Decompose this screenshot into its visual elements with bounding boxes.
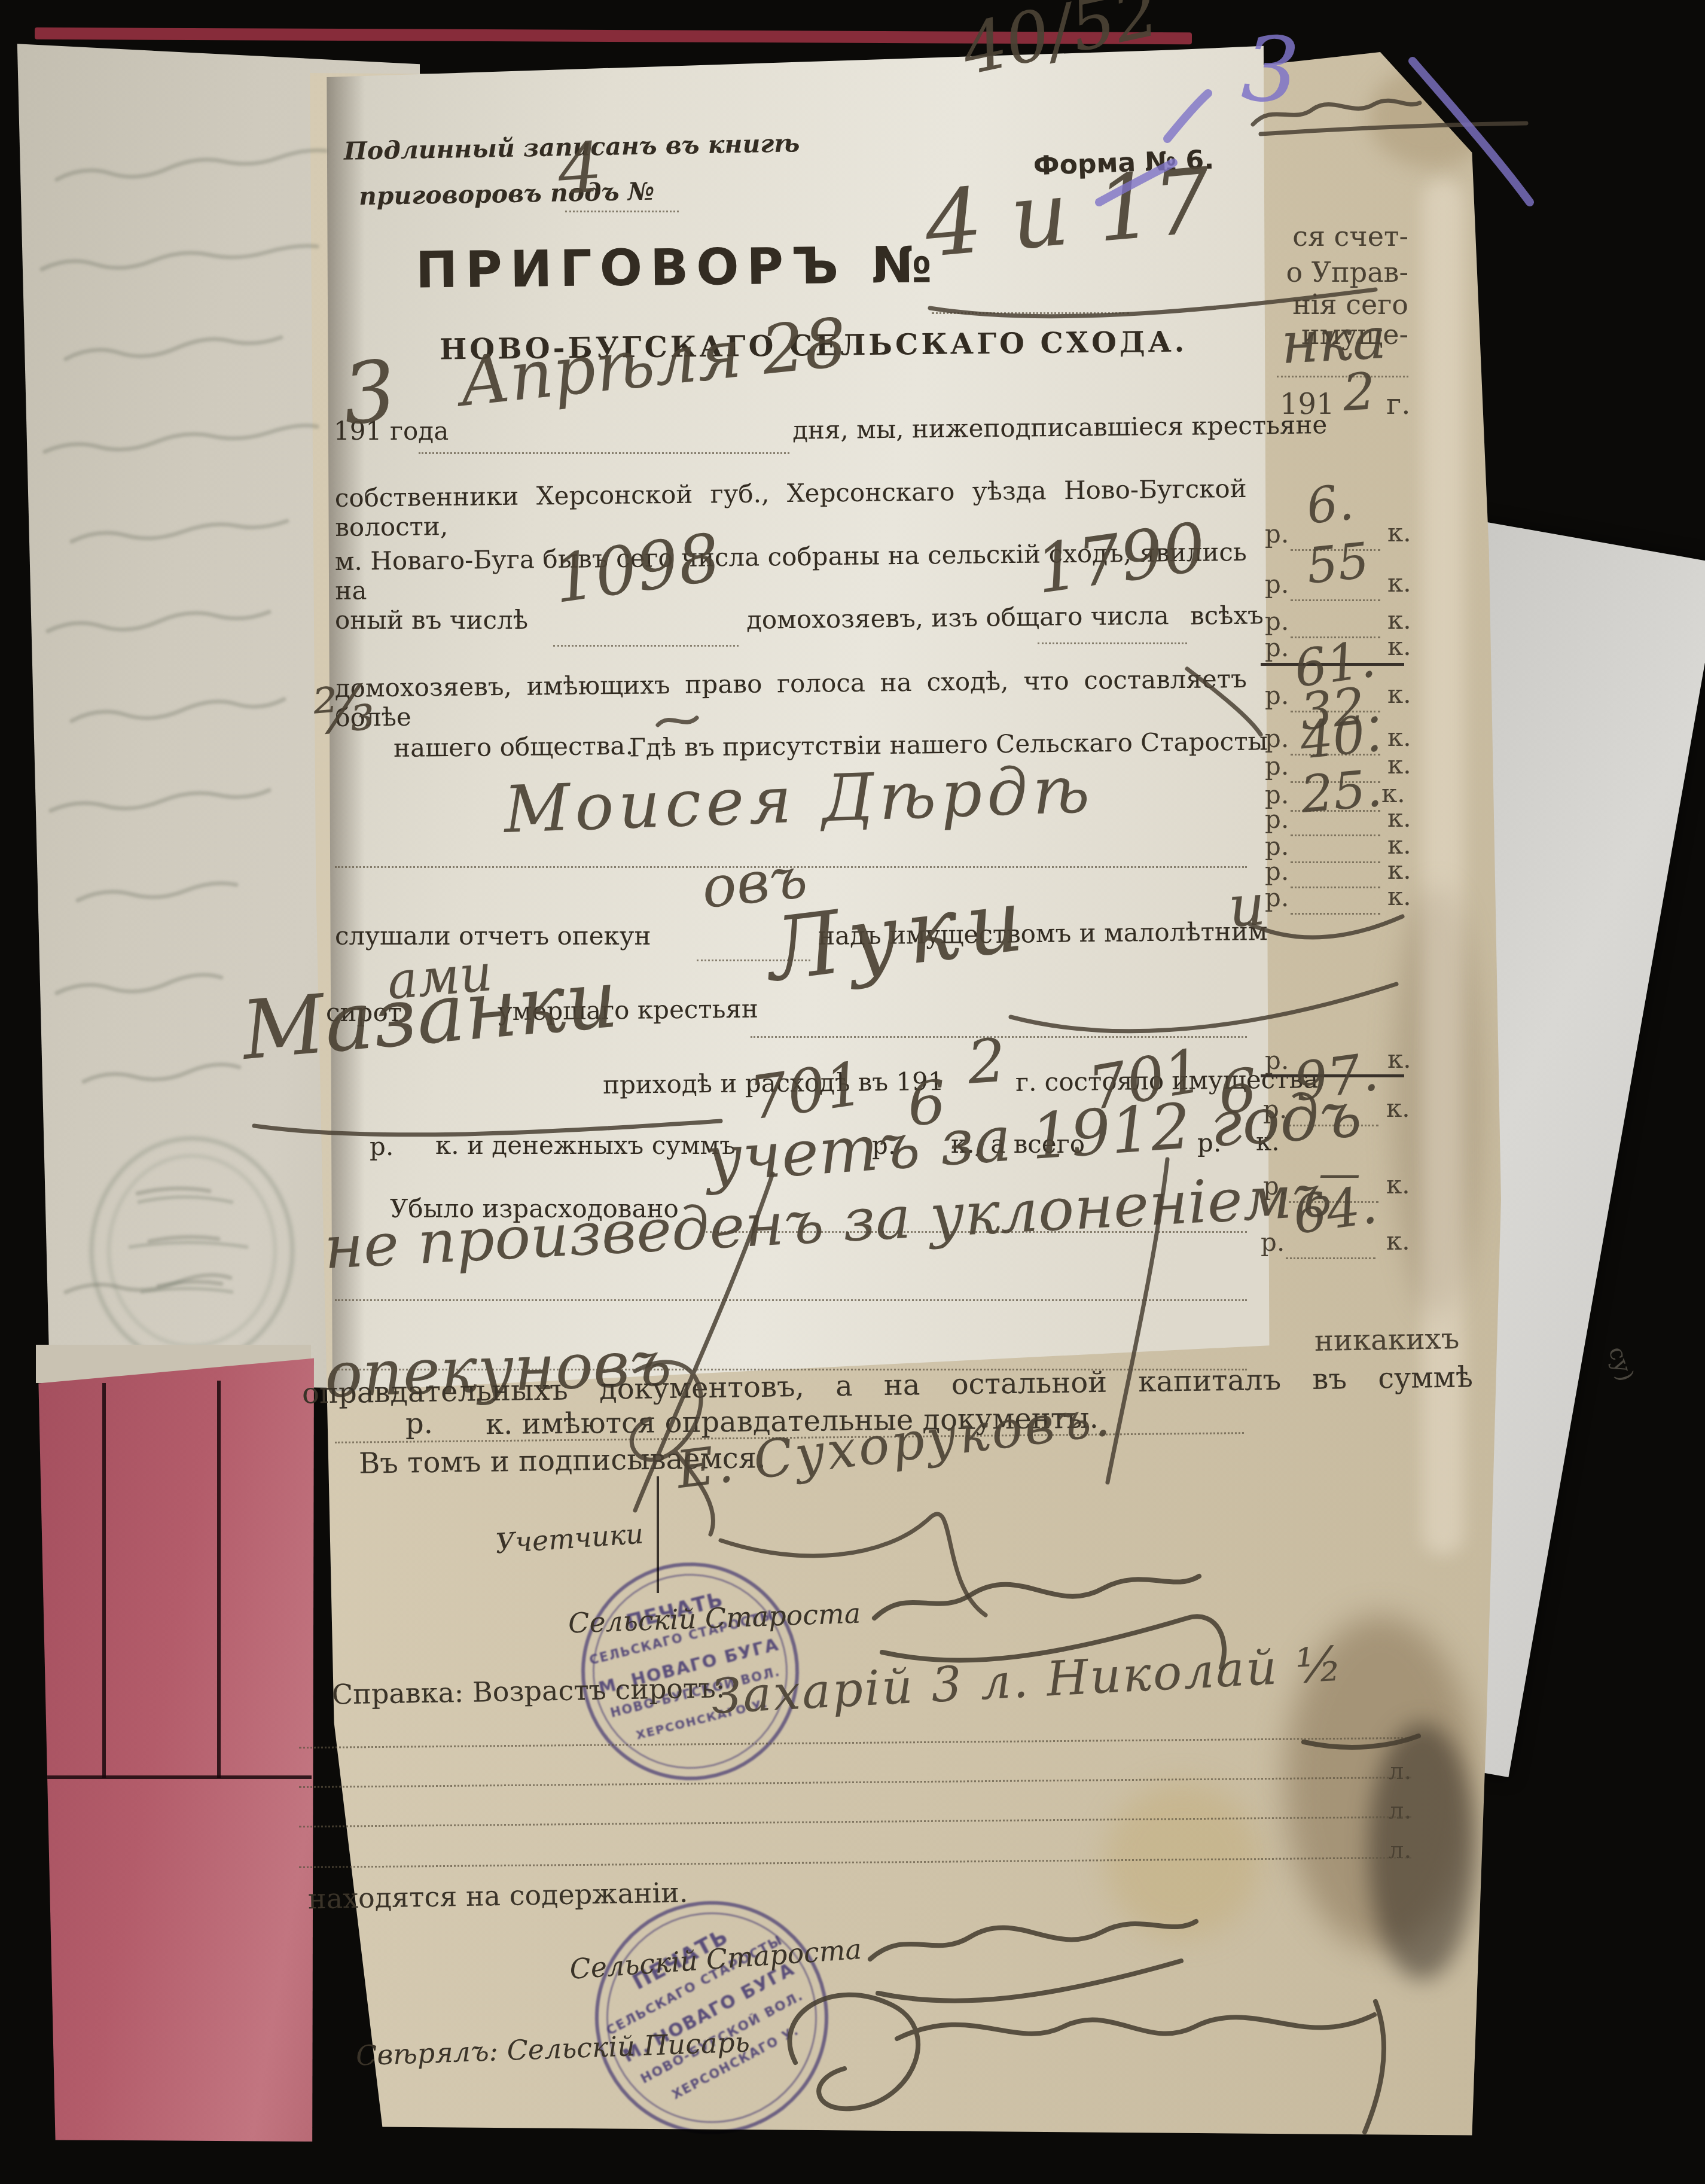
dotted-blank bbox=[1038, 642, 1187, 644]
right-fragment-2: о Управ- bbox=[1268, 256, 1408, 288]
kopeck-label: к. bbox=[1387, 1044, 1411, 1074]
row-value-handwritten: 97. bbox=[1291, 1041, 1382, 1113]
kopeck-label: к. bbox=[1387, 568, 1411, 598]
line4-mid: домохозяевъ, изъ общаго числа bbox=[746, 601, 1169, 634]
row-leader bbox=[1291, 887, 1380, 888]
right-fragment-1: ся счет- bbox=[1268, 220, 1408, 252]
row-leader bbox=[1291, 599, 1380, 601]
archival-scan: { "form": { "registry_line1": "Подлинный… bbox=[0, 0, 1705, 2184]
line4-pre: оный въ числѣ bbox=[335, 605, 528, 635]
dotted-blank bbox=[335, 1299, 1247, 1301]
line6-text1: нашего общества. bbox=[394, 731, 633, 763]
ruble-label: р. bbox=[1265, 857, 1289, 886]
dotted-blank bbox=[553, 645, 739, 647]
kopeck-label: к. bbox=[1387, 680, 1411, 709]
line-end-l2: л. bbox=[1389, 1797, 1411, 1824]
kopeck-label: к. bbox=[1386, 1226, 1410, 1256]
ruble-label: р. bbox=[1265, 569, 1289, 599]
right-year-handwritten: 2 bbox=[1341, 362, 1377, 423]
ruble-label: р. bbox=[1265, 883, 1289, 912]
line1-goda: года bbox=[390, 416, 449, 446]
right-year-pre: 191 bbox=[1280, 388, 1335, 421]
kopeck-label: к. bbox=[1387, 882, 1411, 911]
ruble-label: р. bbox=[1265, 519, 1289, 549]
paper-stain bbox=[1368, 1723, 1476, 1980]
kopeck-label: к. bbox=[1387, 605, 1411, 635]
registry-note-line2: приговоровъ подъ № bbox=[359, 177, 655, 211]
line10-year-handwritten: 2 bbox=[965, 1025, 1008, 1098]
kopeck-label: к. bbox=[1387, 518, 1411, 547]
line11-ruble1: р. bbox=[370, 1132, 394, 1161]
lower-line2-ruble: р. bbox=[405, 1407, 433, 1440]
line6-fraction-handwritten: ⅔ bbox=[310, 671, 377, 749]
row-leader bbox=[1291, 913, 1380, 915]
ruble-label: р. bbox=[1265, 633, 1289, 662]
row-value-handwritten: 55 bbox=[1304, 532, 1372, 595]
line1-post: дня, мы, нижеподписавшіеся крестьяне bbox=[792, 410, 1328, 444]
cover-crease bbox=[102, 1383, 106, 1778]
line8-pre: слушали отчетъ опекун bbox=[335, 921, 651, 951]
row-leader bbox=[1291, 861, 1380, 863]
line11-text1: к. и денежныхъ суммъ bbox=[435, 1131, 736, 1160]
ruble-label: р. bbox=[1265, 751, 1289, 781]
pink-cover bbox=[33, 1357, 314, 2142]
purple-pencil-digit: 3 bbox=[1239, 17, 1301, 124]
ruble-label: р. bbox=[1265, 805, 1289, 834]
row-value-handwritten: 25. bbox=[1298, 759, 1384, 825]
row-leader bbox=[1289, 1125, 1378, 1126]
ruble-label: р. bbox=[1265, 724, 1289, 753]
line-end-l3: л. bbox=[1389, 1836, 1411, 1864]
ruble-label: р. bbox=[1263, 1095, 1287, 1124]
cover-crease bbox=[217, 1381, 221, 1778]
kopeck-label: к. bbox=[1387, 723, 1411, 752]
ruble-label: р. bbox=[1265, 1046, 1289, 1075]
cover-crease bbox=[36, 1775, 312, 1779]
row-leader bbox=[1286, 1257, 1375, 1259]
dotted-blank bbox=[565, 211, 679, 212]
dotted-blank bbox=[419, 452, 789, 454]
ruble-label: р. bbox=[1265, 681, 1289, 710]
spravka-label: Справка: Возрастъ сиротъ: bbox=[332, 1671, 725, 1710]
row-leader bbox=[1291, 834, 1380, 836]
kopeck-label: к. bbox=[1386, 1093, 1410, 1123]
line4-post: всѣхъ bbox=[1190, 600, 1264, 630]
registry-number-handwritten: 4 bbox=[556, 127, 605, 211]
row-value-handwritten: 64. bbox=[1289, 1174, 1381, 1246]
line-end-l1: л. bbox=[1389, 1757, 1411, 1785]
dotted-blank bbox=[932, 312, 1129, 314]
white-sheet-fragment: су) bbox=[1603, 1343, 1639, 1384]
kopeck-label: к. bbox=[1387, 750, 1411, 779]
ruble-label: р. bbox=[1265, 607, 1289, 636]
ruble-label: р. bbox=[1261, 1227, 1285, 1257]
line8-suffix2-handwritten: и bbox=[1226, 872, 1267, 940]
ruble-label: р. bbox=[1263, 1171, 1287, 1201]
kopeck-label: к. bbox=[1387, 632, 1411, 661]
bleedthrough-stamp-icon bbox=[90, 1137, 294, 1365]
line5: домохозяевъ, имѣющихъ право голоса на сх… bbox=[335, 664, 1248, 732]
paper-stain bbox=[1368, 66, 1494, 167]
page-title: ПРИГОВОРЪ № bbox=[416, 235, 940, 299]
row-value-handwritten: 6. bbox=[1304, 474, 1356, 535]
lower-fragment-end: никакихъ bbox=[1314, 1322, 1460, 1358]
right-year-post: г. bbox=[1386, 388, 1410, 421]
soderzhanie-label: находятся на содержаніи. bbox=[308, 1876, 688, 1915]
kopeck-label: к. bbox=[1387, 855, 1411, 885]
kopeck-label: к. bbox=[1386, 1170, 1410, 1199]
kopeck-label: к. bbox=[1387, 803, 1411, 833]
